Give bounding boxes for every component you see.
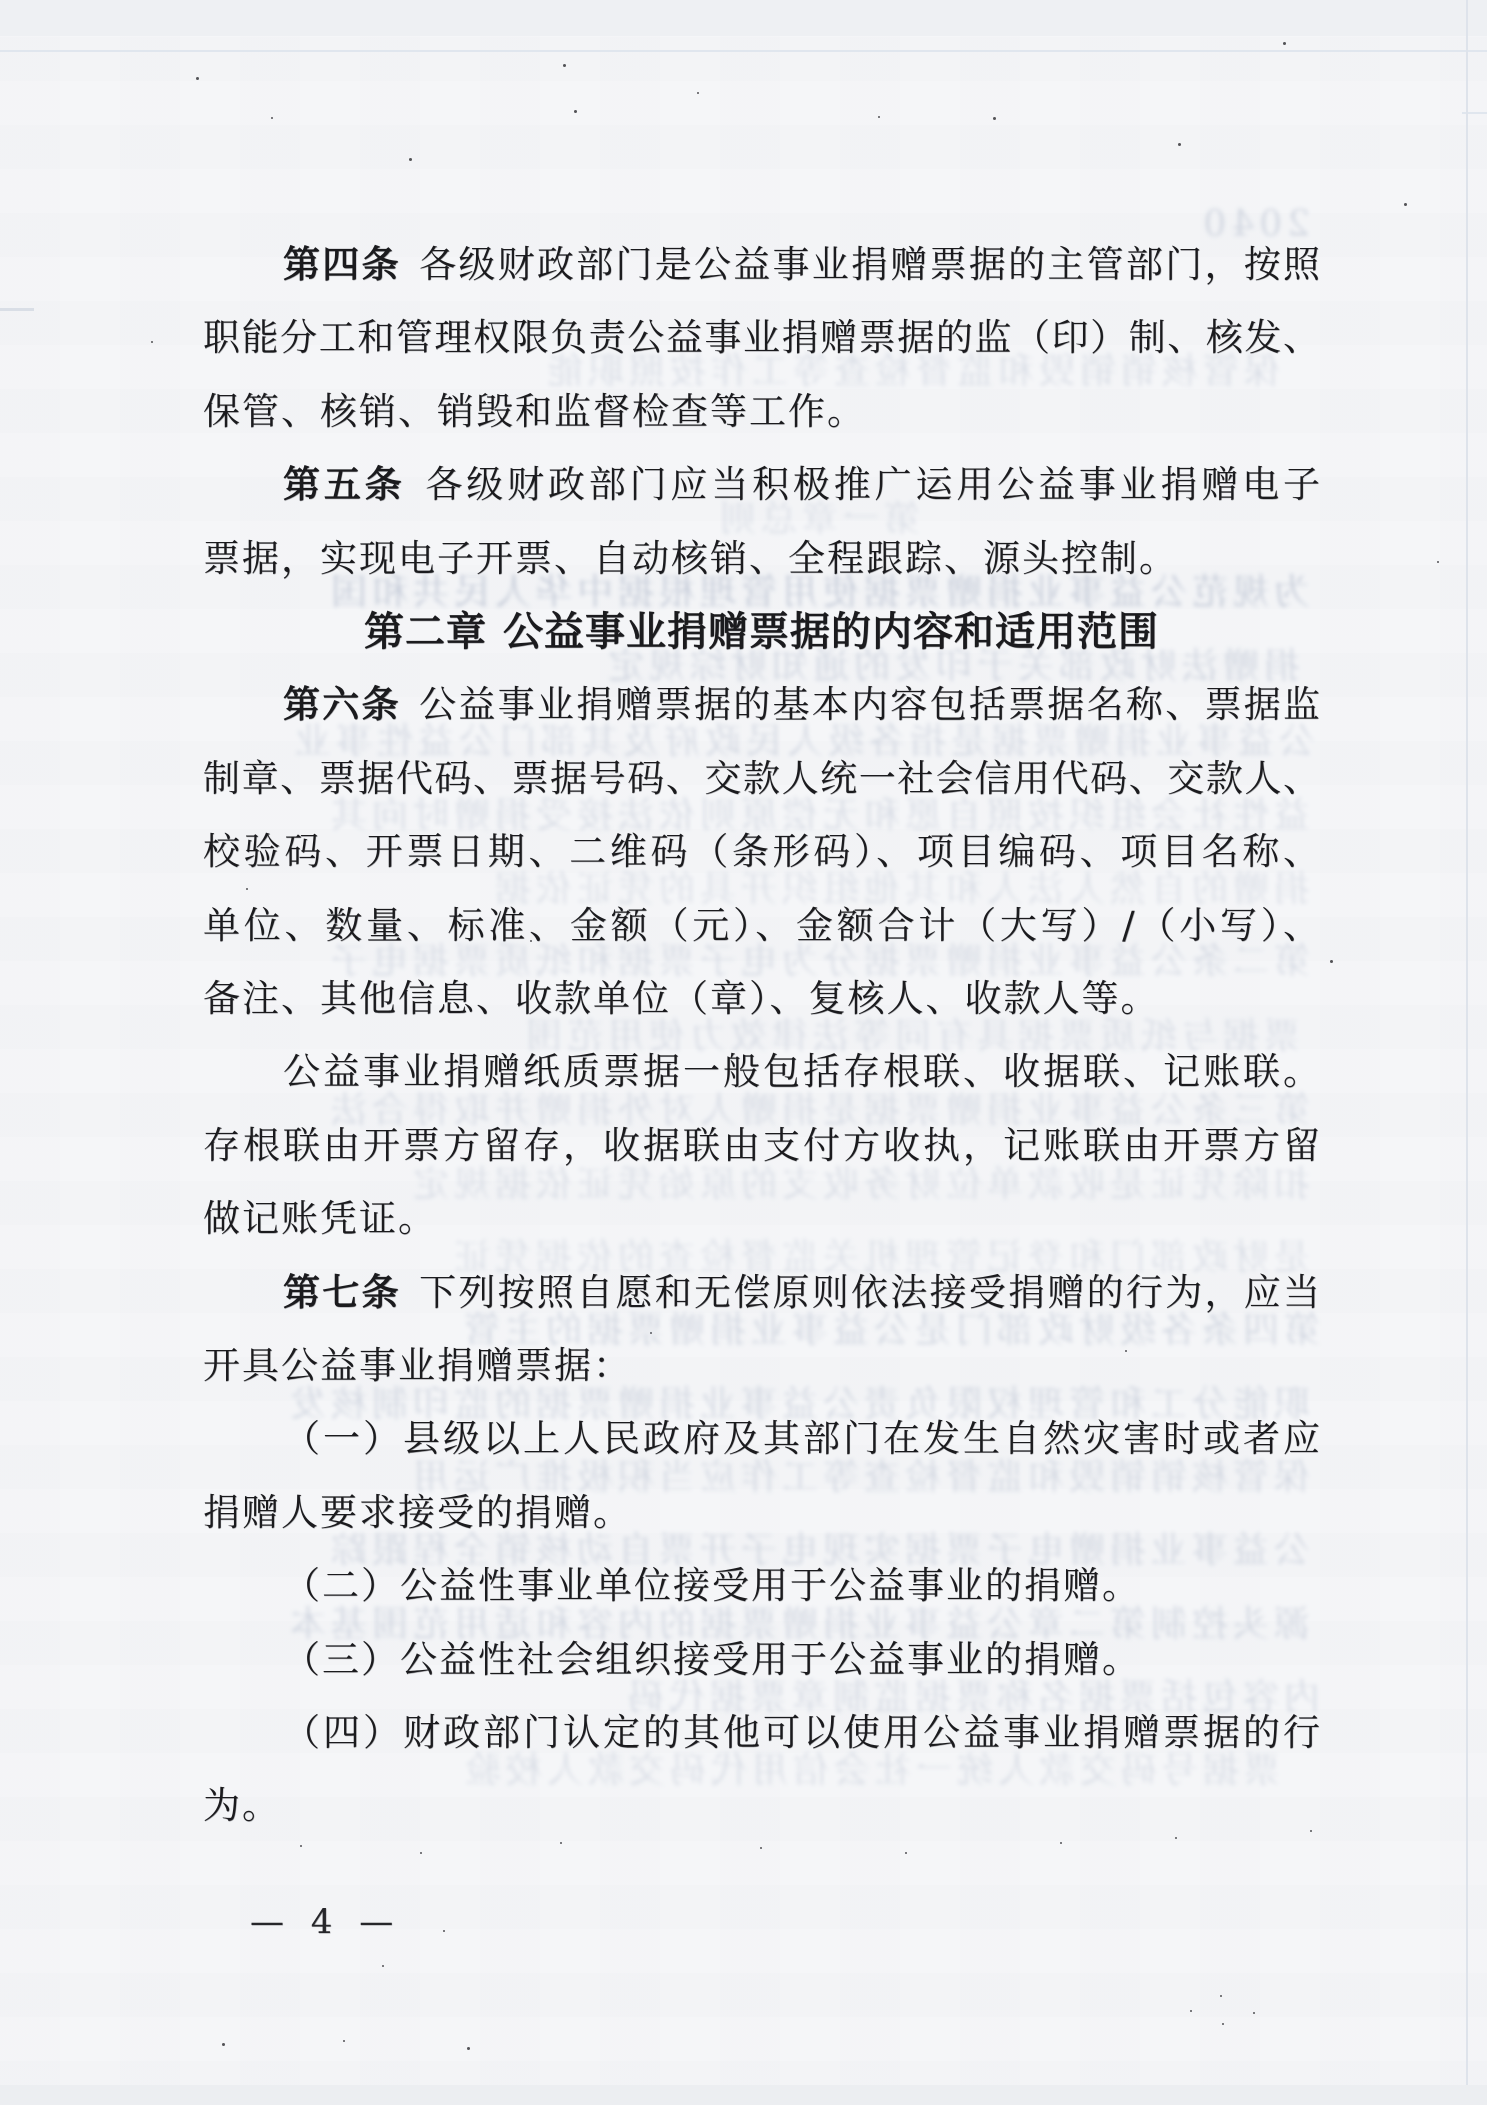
line-text: 单位、数量、标准、金额（元）、金额合计（大写）/（小写）、 <box>203 904 1320 947</box>
line-text: （三）公益性社会组织接受用于公益事业的捐赠。 <box>283 1638 1141 1681</box>
article-number: 第七条 <box>283 1271 401 1314</box>
text-line: 为。 <box>203 1774 1320 1838</box>
text-line: 单位、数量、标准、金额（元）、金额合计（大写）/（小写）、 <box>203 894 1320 958</box>
article-number: 第五条 <box>283 463 406 506</box>
line-text: 做记账凭证。 <box>203 1197 437 1240</box>
text-line: 第六条公益事业捐赠票据的基本内容包括票据名称、票据监 <box>203 673 1320 737</box>
chapter-heading: 第二章公益事业捐赠票据的内容和适用范围 <box>203 600 1320 664</box>
line-text: 公益事业捐赠纸质票据一般包括存根联、收据联、记账联。 <box>283 1050 1320 1093</box>
line-text: 公益事业捐赠票据的基本内容包括票据名称、票据监 <box>417 683 1320 726</box>
text-line: （一）县级以上人民政府及其部门在发生自然灾害时或者应 <box>203 1407 1320 1471</box>
text-line: 保管、核销、销毁和监督检查等工作。 <box>203 380 1320 444</box>
line-text: 捐赠人要求接受的捐赠。 <box>203 1491 632 1534</box>
line-text: 备注、其他信息、收款单位（章）、复核人、收款人等。 <box>203 977 1160 1020</box>
line-text: 票据，实现电子开票、自动核销、全程跟踪、源头控制。 <box>203 537 1178 580</box>
chapter-number: 第二章 <box>364 609 487 655</box>
line-text: 开具公益事业捐赠票据： <box>203 1344 632 1387</box>
line-text: 各级财政部门应当积极推广运用公益事业捐赠电子 <box>422 463 1320 506</box>
line-text: （四）财政部门认定的其他可以使用公益事业捐赠票据的行 <box>283 1711 1320 1754</box>
text-line: 第五条各级财政部门应当积极推广运用公益事业捐赠电子 <box>203 453 1320 517</box>
line-text: 公益事业捐赠票据的内容和适用范围 <box>503 609 1159 655</box>
text-line: 存根联由开票方留存，收据联由支付方收执，记账联由开票方留 <box>203 1114 1320 1178</box>
text-line: 捐赠人要求接受的捐赠。 <box>203 1481 1320 1545</box>
line-text: 存根联由开票方留存，收据联由支付方收执，记账联由开票方留 <box>203 1124 1320 1167</box>
text-line: （三）公益性社会组织接受用于公益事业的捐赠。 <box>203 1628 1320 1692</box>
text-line: 第四条各级财政部门是公益事业捐赠票据的主管部门，按照 <box>203 233 1320 297</box>
text-line: 制章、票据代码、票据号码、交款人统一社会信用代码、交款人、 <box>203 747 1320 811</box>
line-text: 校验码、开票日期、二维码（条形码）、项目编码、项目名称、 <box>203 830 1320 873</box>
text-line: （二）公益性事业单位接受用于公益事业的捐赠。 <box>203 1554 1320 1618</box>
text-line: 开具公益事业捐赠票据： <box>203 1334 1320 1398</box>
line-text: 保管、核销、销毁和监督检查等工作。 <box>203 390 866 433</box>
text-line: （四）财政部门认定的其他可以使用公益事业捐赠票据的行 <box>203 1701 1320 1765</box>
line-text: 制章、票据代码、票据号码、交款人统一社会信用代码、交款人、 <box>203 757 1320 800</box>
document-body: 第四条各级财政部门是公益事业捐赠票据的主管部门，按照职能分工和管理权限负责公益事… <box>0 0 1487 2105</box>
line-text: 为。 <box>203 1784 281 1827</box>
scanned-document-page: { "page": { "number_label": "— 4 —" }, "… <box>0 0 1487 2105</box>
text-line: 职能分工和管理权限负责公益事业捐赠票据的监（印）制、核发、 <box>203 306 1320 370</box>
text-line: 公益事业捐赠纸质票据一般包括存根联、收据联、记账联。 <box>203 1040 1320 1104</box>
text-line: 票据，实现电子开票、自动核销、全程跟踪、源头控制。 <box>203 527 1320 591</box>
article-number: 第四条 <box>283 243 401 286</box>
text-line: 备注、其他信息、收款单位（章）、复核人、收款人等。 <box>203 967 1320 1031</box>
text-line: 做记账凭证。 <box>203 1187 1320 1251</box>
text-line: 校验码、开票日期、二维码（条形码）、项目编码、项目名称、 <box>203 820 1320 884</box>
line-text: 职能分工和管理权限负责公益事业捐赠票据的监（印）制、核发、 <box>203 316 1320 359</box>
text-line: 第七条下列按照自愿和无偿原则依法接受捐赠的行为，应当 <box>203 1261 1320 1325</box>
line-text: 下列按照自愿和无偿原则依法接受捐赠的行为，应当 <box>417 1271 1320 1314</box>
line-text: （一）县级以上人民政府及其部门在发生自然灾害时或者应 <box>283 1417 1320 1460</box>
article-number: 第六条 <box>283 683 401 726</box>
line-text: （二）公益性事业单位接受用于公益事业的捐赠。 <box>283 1564 1141 1607</box>
line-text: 各级财政部门是公益事业捐赠票据的主管部门，按照 <box>417 243 1320 286</box>
